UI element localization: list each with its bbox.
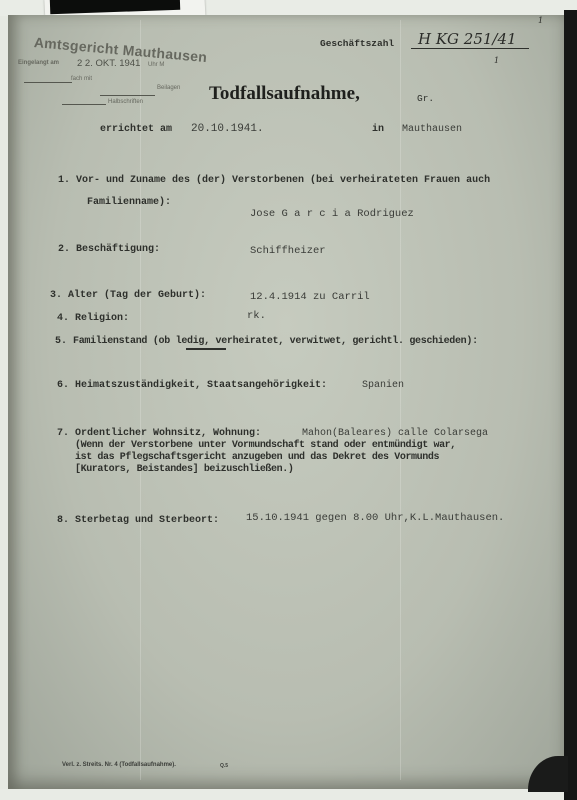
death-value: 15.10.1941 gegen 8.00 Uhr,K.L.Mauthausen… — [246, 512, 504, 524]
field-6-label: Heimatszuständigkeit, Staatsangehörigkei… — [75, 380, 327, 391]
gr-label: Gr. — [417, 93, 434, 104]
religion-value: rk. — [247, 310, 266, 322]
field-1-label-cont: Familienname): — [87, 197, 171, 208]
field-7-label: Ordentlicher Wohnsitz, Wohnung: — [75, 428, 261, 439]
field-8-label: Sterbetag und Sterbeort: — [75, 515, 219, 526]
field-4-label: Religion: — [75, 313, 129, 324]
handwritten-mark: 1 — [494, 56, 499, 65]
geschaeftszahl-underline — [411, 48, 529, 49]
scan-background-bottom — [0, 789, 564, 800]
page-mark: 1 — [538, 16, 543, 25]
fold-line — [400, 20, 401, 780]
errichtet-label: errichtet am — [100, 124, 172, 135]
field-1-number: 1. — [58, 175, 70, 186]
field-7-note-line-1: (Wenn der Verstorbene unter Vormundschaf… — [75, 440, 456, 451]
occupation-value: Schiffheizer — [250, 245, 326, 257]
stamp-received-date: 2 2. OKT. 1941 — [77, 58, 140, 69]
field-6-number: 6. — [57, 380, 69, 391]
field-3-label: Alter (Tag der Geburt): — [68, 290, 206, 301]
stamp-halbschriften-label: Halbschriften — [108, 99, 143, 105]
stamp-uhr-label: Uhr M — [148, 62, 164, 68]
field-7-number: 7. — [57, 428, 69, 439]
stamp-fach-label: fach mit — [71, 76, 92, 82]
field-4-number: 4. — [57, 313, 69, 324]
stamp-line — [100, 95, 155, 96]
scan-edge-right — [564, 10, 577, 800]
stamp-line — [62, 104, 106, 105]
field-5-number: 5. — [55, 336, 67, 347]
in-label: in — [372, 124, 384, 135]
stamp-beilagen-label: Beilagen — [157, 85, 180, 91]
form-title: Todfallsaufnahme, — [209, 83, 360, 105]
in-place: Mauthausen — [402, 124, 462, 135]
field-5-label: Familienstand (ob ledig, verheiratet, ve… — [73, 336, 478, 347]
geschaeftszahl-label: Geschäftszahl — [320, 38, 394, 49]
stamp-line — [24, 82, 72, 83]
form-reference: Verl. z. Streits. Nr. 4 (Todfallsaufnahm… — [62, 762, 176, 768]
stamp-eingelangt-label: Eingelangt am — [18, 60, 59, 66]
geschaeftszahl-handwritten: H KG 251/41 — [418, 30, 517, 48]
field-2-label: Beschäftigung: — [76, 244, 160, 255]
field-8-number: 8. — [57, 515, 69, 526]
nationality-value: Spanien — [362, 380, 404, 391]
field-2-number: 2. — [58, 244, 70, 255]
errichtet-date: 20.10.1941. — [191, 123, 264, 135]
form-code: Q.5 — [220, 763, 228, 769]
residence-value: Mahon(Baleares) calle Colarsega — [302, 428, 488, 439]
field-1-label: Vor- und Zuname des (der) Verstorbenen (… — [76, 175, 490, 186]
field-7-note-line-2: ist das Pflegschaftsgericht anzugeben un… — [75, 452, 439, 463]
ledig-underline-mark — [186, 348, 226, 350]
deceased-name: Jose G a r c i a Rodriguez — [250, 208, 414, 220]
field-7-note-line-3: [Kurators, Beistandes] beizuschließen.) — [75, 464, 293, 475]
birth-value: 12.4.1914 zu Carril — [250, 291, 370, 303]
field-3-number: 3. — [50, 290, 62, 301]
document-sheet — [8, 15, 564, 789]
